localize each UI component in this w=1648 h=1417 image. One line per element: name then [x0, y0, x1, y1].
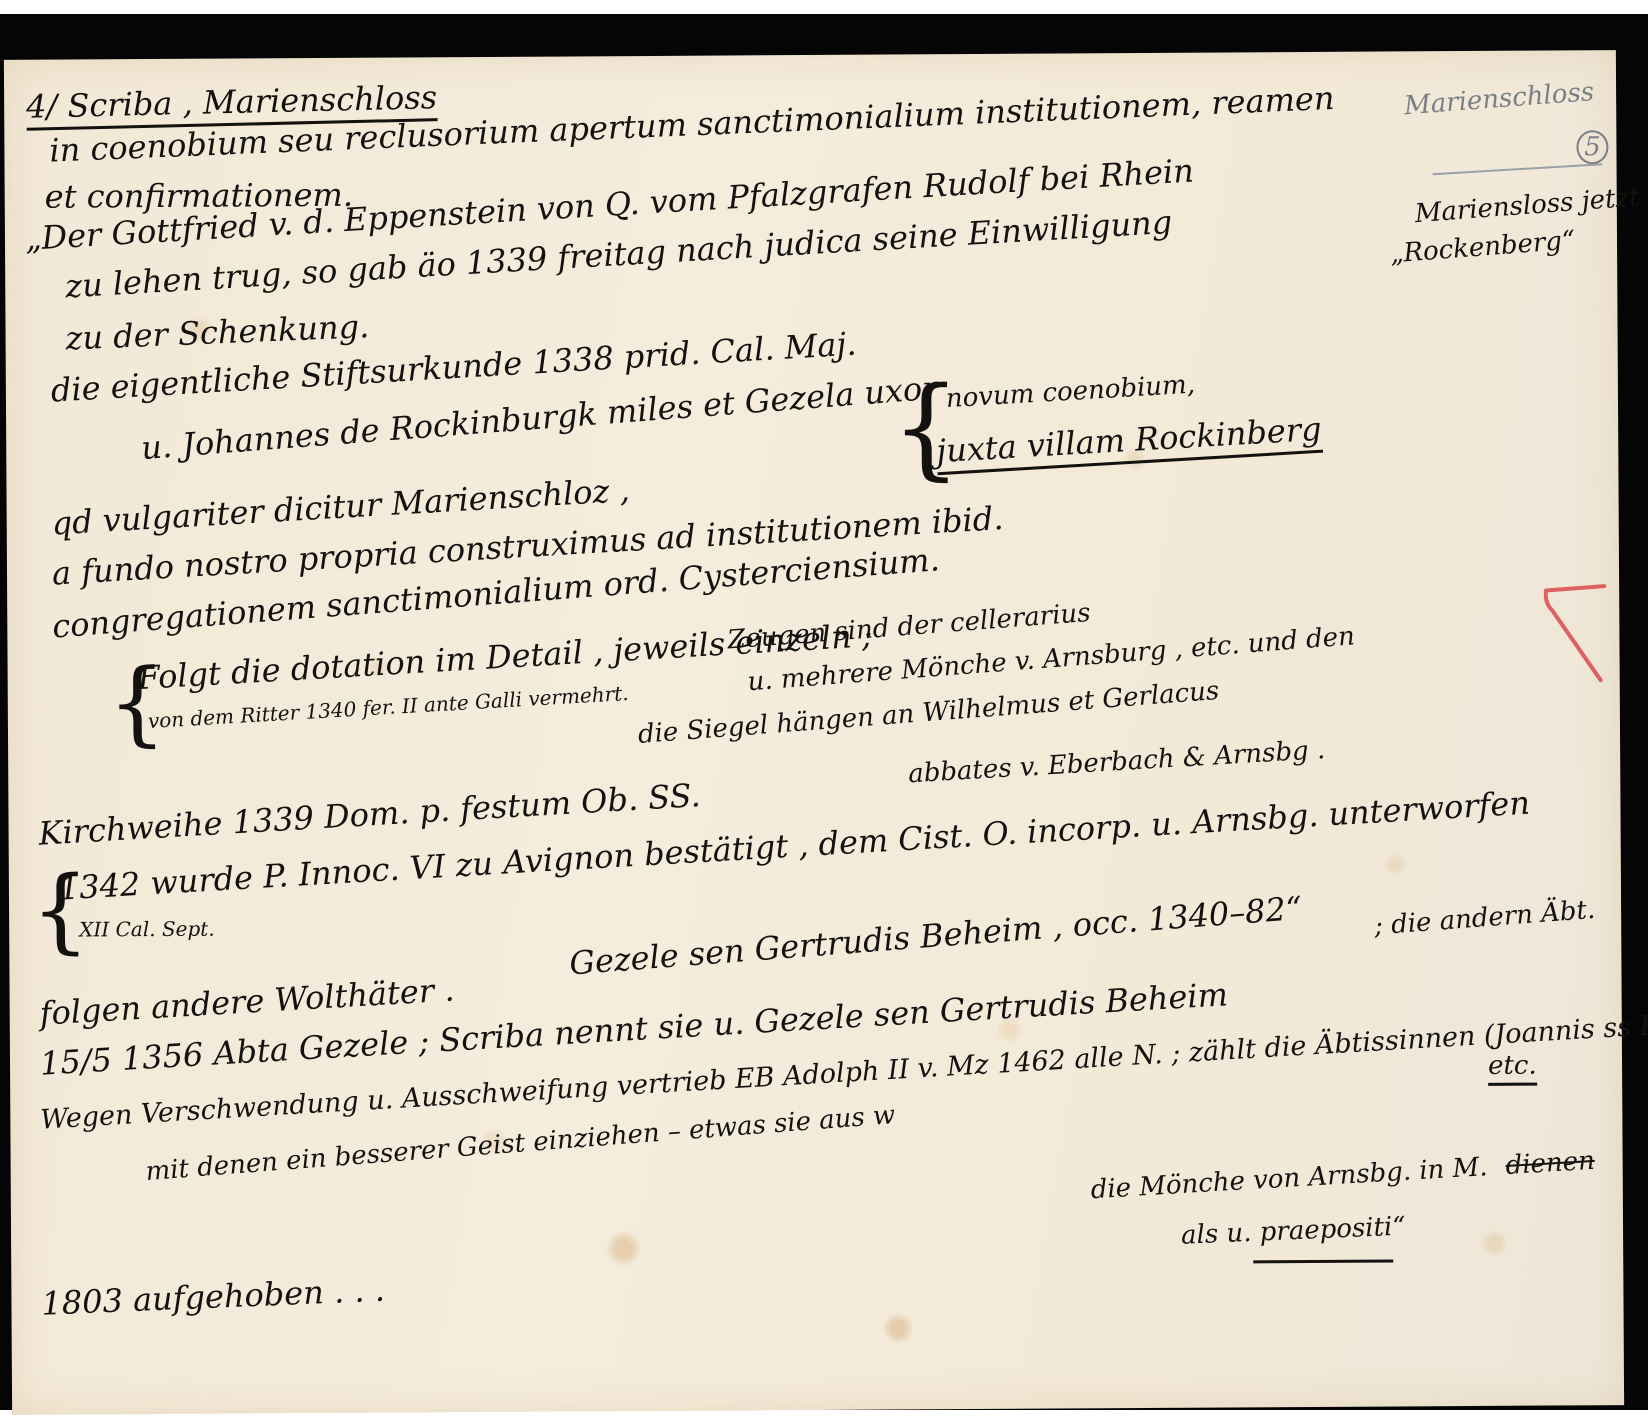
text-line: als u. praepositi“ — [1180, 1212, 1406, 1251]
text-line: 1803 aufgehoben . . . — [41, 1271, 386, 1323]
circled-page-number: 5 — [1576, 130, 1608, 164]
text-line: ; die andern Äbt. — [1373, 895, 1596, 942]
pencil-rule — [1433, 163, 1603, 175]
text-line: novum coenobium, — [945, 370, 1196, 415]
underline-mark — [1253, 1259, 1393, 1263]
text-line: XII Cal. Sept. — [79, 917, 215, 942]
manuscript-page: 4/ Scriba , Marienschloss Marienschloss … — [4, 50, 1624, 1415]
text-line: abbates v. Eberbach & Arnsbg . — [907, 735, 1326, 789]
text-line: die Siegel hängen an Wilhelmus et Gerlac… — [637, 676, 1220, 750]
text-line: Gezele sen Gertrudis Beheim , occ. 1340–… — [568, 889, 1303, 983]
margin-note-line-1: Mariensloss jetzt — [1414, 182, 1641, 229]
text-line: juxta villam Rockinberg — [935, 410, 1322, 470]
text-line: die Mönche von Arnsbg. in M. dienen — [1090, 1146, 1596, 1205]
margin-note-line-2: „Rockenberg“ — [1389, 225, 1576, 269]
struck-word: dienen — [1505, 1146, 1596, 1181]
margin-note-pencil: Marienschloss — [1403, 77, 1595, 121]
red-crayon-mark — [1542, 580, 1613, 690]
text-line: etc. — [1488, 1051, 1537, 1081]
text-line: zu der Schenkung. — [65, 307, 370, 357]
